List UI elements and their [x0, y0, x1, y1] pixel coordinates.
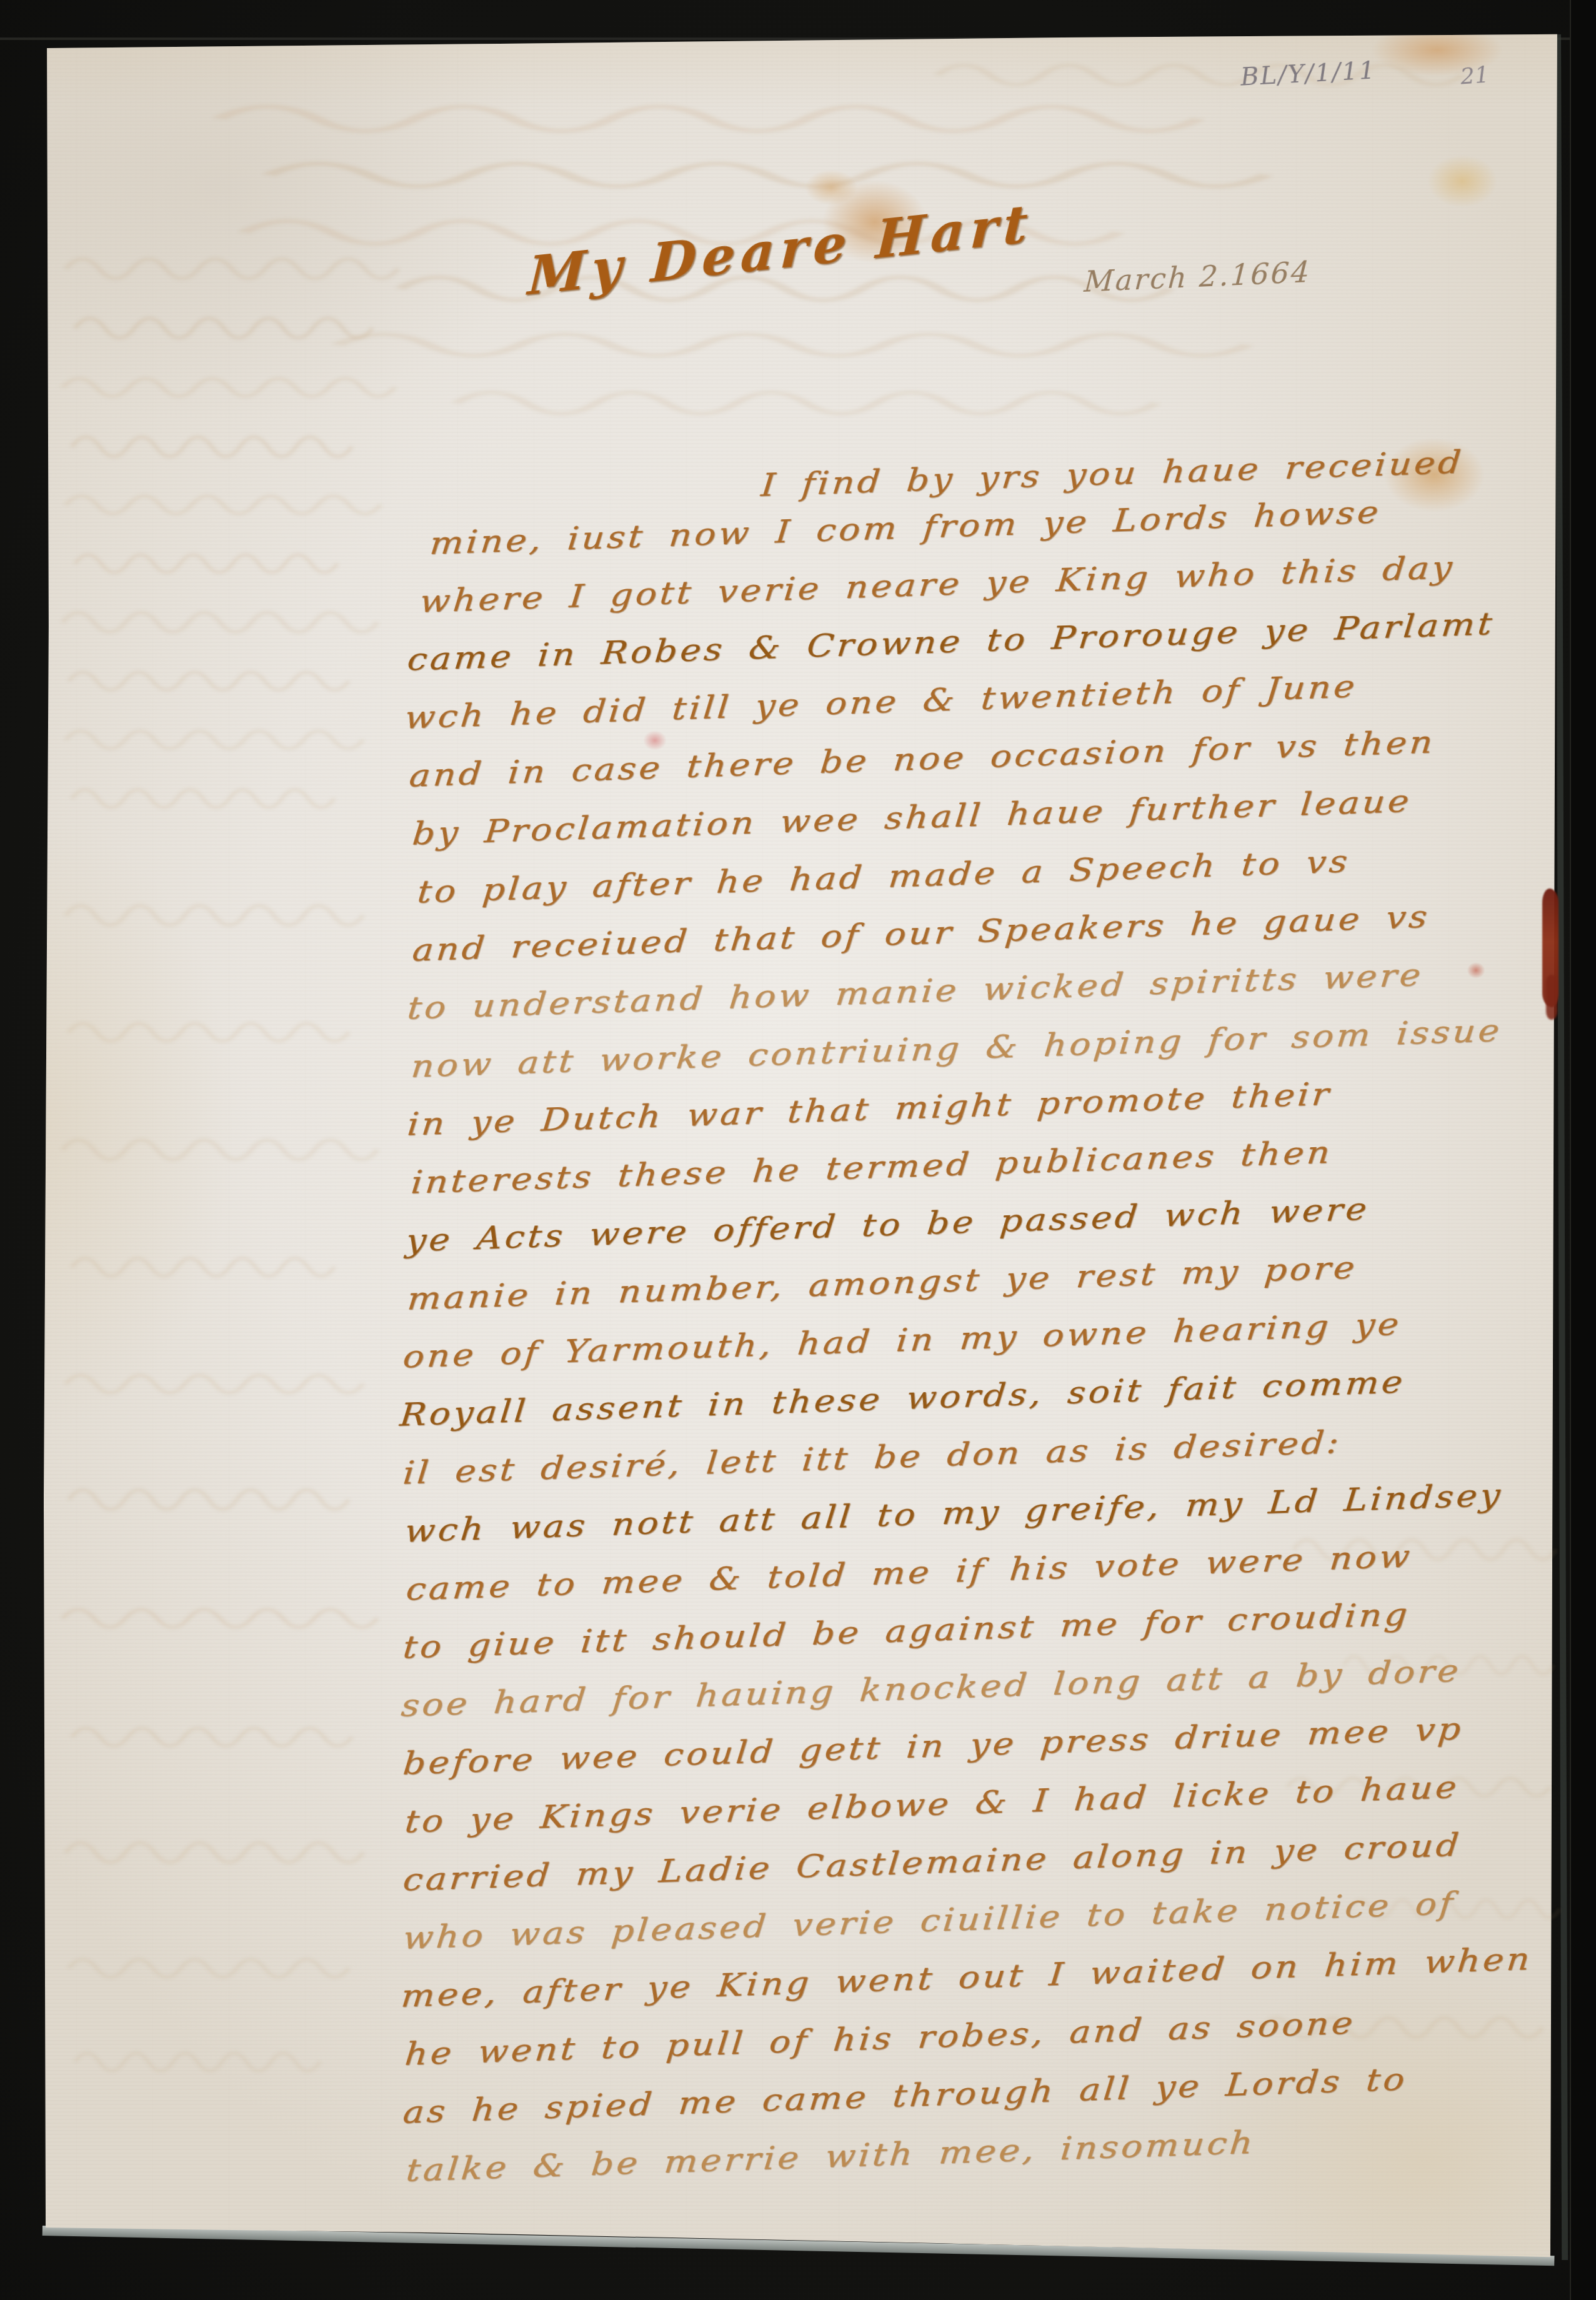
letter-line: where I gott verie neare ye King who thi…: [419, 552, 1456, 617]
letter-line: wch he did till ye one & twentieth of Ju…: [404, 670, 1359, 734]
letter-line: carried my Ladie Castlemaine along in ye…: [402, 1830, 1463, 1896]
letter-line: and in case there be noe occasion for vs…: [408, 726, 1437, 792]
letter-line: one of Yarmouth, had in my owne hearing …: [402, 1308, 1403, 1373]
letter-line: mee, after ye King went out I waited on …: [400, 1943, 1534, 2012]
letter-date: March 2.1664: [1084, 257, 1312, 296]
letter-line: soe hard for hauing knocked long att a b…: [400, 1655, 1462, 1721]
letter-line: came in Robes & Crowne to Prorouge ye Pa…: [406, 608, 1496, 675]
folio-number: 21: [1460, 64, 1490, 88]
letter-line: to giue itt should be against me for cro…: [402, 1598, 1412, 1663]
letter-line: he went to pull of his robes, and as soo…: [404, 2007, 1357, 2070]
letter-line: il est desiré, lett itt be don as is des…: [402, 1426, 1343, 1489]
letter-line: to ye Kings verie elbowe & I had licke t…: [404, 1771, 1460, 1838]
letter-line: to understand how manie wicked spiritts …: [406, 959, 1425, 1024]
letter-line: interests these he termed publicanes the…: [410, 1137, 1334, 1198]
letter-text-layer: BL/Y/1/11 21 My Deare Hart March 2.1664 …: [0, 0, 1596, 2300]
letter-line: I find by yrs you haue receiued: [760, 447, 1465, 501]
letter-line: in ye Dutch war that might promote their: [406, 1078, 1333, 1140]
letter-line: came to mee & told me if his vote were n…: [405, 1541, 1414, 1606]
archive-shelfmark: BL/Y/1/11: [1240, 57, 1377, 89]
manuscript-scan: BL/Y/1/11 21 My Deare Hart March 2.1664 …: [0, 0, 1596, 2300]
letter-line: wch was nott att all to my greife, my Ld…: [404, 1480, 1504, 1547]
letter-line: before wee could gett in ye press driue …: [402, 1713, 1465, 1780]
letter-line: to play after he had made a Speech to vs: [416, 845, 1352, 908]
letter-line: by Proclamation wee shall haue further l…: [411, 785, 1413, 850]
letter-line: who was pleased verie ciuillie to take n…: [402, 1888, 1457, 1954]
letter-line: as he spied me came through all ye Lords…: [402, 2064, 1409, 2128]
letter-line: manie in number, amongst ye rest my pore: [406, 1252, 1359, 1315]
letter-line: Royall assent in these words, soit fait …: [399, 1367, 1407, 1431]
salutation: My Deare Hart: [527, 197, 1035, 303]
wax-residue-small: [1546, 975, 1557, 1020]
letter-line: now att worke contriuing & hoping for so…: [410, 1015, 1504, 1082]
letter-line: ye Acts were offerd to be passed wch wer…: [405, 1193, 1371, 1257]
letter-line: and receiued that of our Speakers he gau…: [411, 901, 1431, 966]
letter-line: talke & be merrie with mee, insomuch: [405, 2127, 1257, 2186]
letter-line: mine, iust now I com from ye Lords howse: [429, 496, 1382, 559]
